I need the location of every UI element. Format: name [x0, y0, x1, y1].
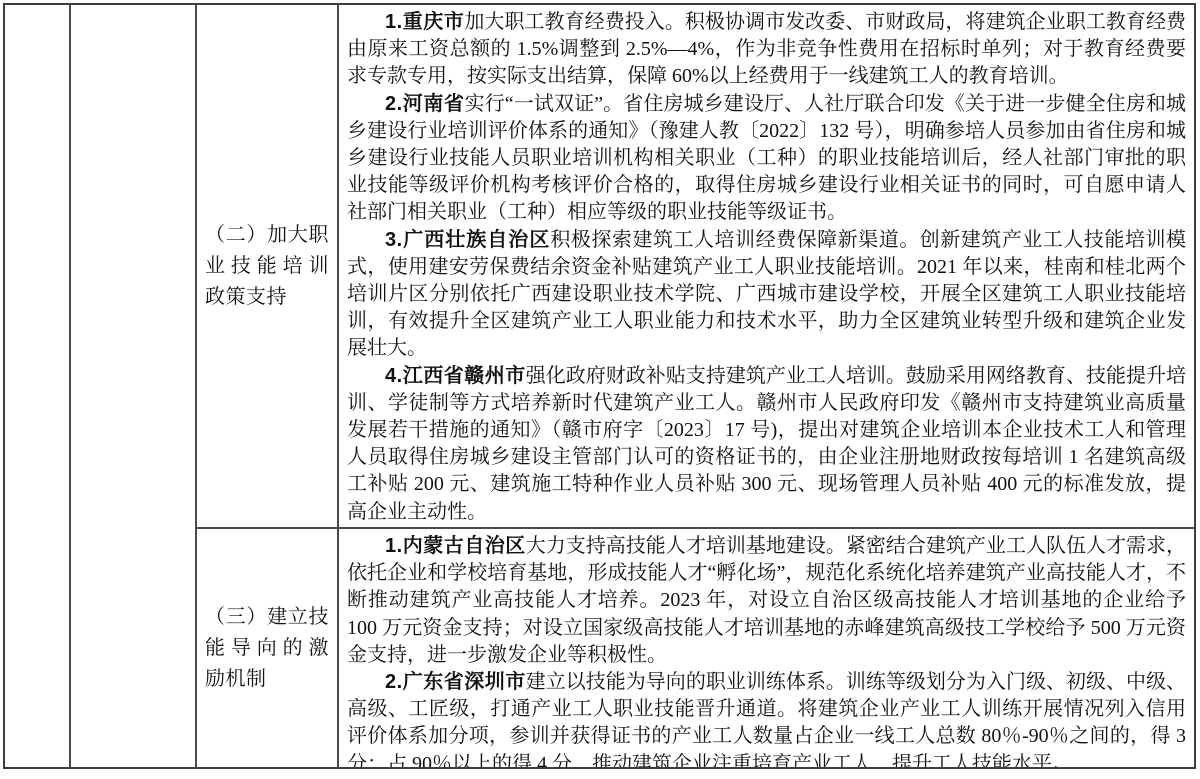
policy-paragraph: 1.重庆市加大职工教育经费投入。积极协调市发改委、市财政局，将建筑企业职工教育经… [347, 9, 1186, 91]
row-label-line: 业技能培训 [205, 251, 329, 282]
policy-table: （二）加大职业技能培训政策支持 1.重庆市加大职工教育经费投入。积极协调市发改委… [3, 3, 1196, 769]
document-page: （二）加大职业技能培训政策支持 1.重庆市加大职工教育经费投入。积极协调市发改委… [0, 0, 1200, 779]
row-label-line: 能导向的激 [205, 633, 329, 664]
region-lead: 4.江西省赣州市 [385, 365, 526, 387]
table-rows: （二）加大职业技能培训政策支持 1.重庆市加大职工教育经费投入。积极协调市发改委… [197, 5, 1194, 767]
policy-paragraph: 3.广西壮族自治区积极探索建筑工人培训经费保障新渠道。创新建筑产业工人技能培训模… [347, 227, 1186, 363]
region-lead: 1.重庆市 [385, 11, 464, 33]
row-label-line: 政策支持 [205, 282, 329, 313]
policy-paragraph: 4.江西省赣州市强化政府财政补贴支持建筑产业工人培训。鼓励采用网络教育、技能提升… [347, 363, 1186, 526]
paragraph-body: 强化政府财政补贴支持建筑产业工人培训。鼓励采用网络教育、技能提升培训、学徒制等方… [347, 365, 1186, 523]
region-lead: 2.广东省深圳市 [385, 671, 526, 693]
region-lead: 2.河南省 [385, 93, 465, 115]
paragraph-body: 实行“一试双证”。省住房城乡建设厅、人社厅联合印发《关于进一步健全住房和城乡建设… [347, 93, 1186, 224]
row-content-cell: 1.重庆市加大职工教育经费投入。积极协调市发改委、市财政局，将建筑企业职工教育经… [339, 5, 1194, 527]
row-label-line: 励机制 [205, 664, 329, 695]
table-row: （二）加大职业技能培训政策支持 1.重庆市加大职工教育经费投入。积极协调市发改委… [197, 5, 1194, 527]
row-label-cell: （二）加大职业技能培训政策支持 [197, 5, 339, 527]
paragraph-body: 加大职工教育经费投入。积极协调市发改委、市财政局，将建筑企业职工教育经费由原来工… [347, 11, 1186, 87]
policy-paragraph: 2.广东省深圳市建立以技能为导向的职业训练体系。训练等级划分为入门级、初级、中级… [347, 669, 1186, 767]
side-column-outer-empty-cell [5, 5, 71, 767]
region-lead: 3.广西壮族自治区 [385, 229, 550, 251]
row-label-line: （二）加大职 [205, 220, 329, 251]
region-lead: 1.内蒙古自治区 [385, 535, 526, 557]
row-label-cell: （三）建立技能导向的激励机制 [197, 529, 339, 767]
table-row: （三）建立技能导向的激励机制 1.内蒙古自治区大力支持高技能人才培训基地建设。紧… [197, 527, 1194, 767]
row-content-cell: 1.内蒙古自治区大力支持高技能人才培训基地建设。紧密结合建筑产业工人队伍人才需求… [339, 529, 1194, 767]
policy-paragraph: 1.内蒙古自治区大力支持高技能人才培训基地建设。紧密结合建筑产业工人队伍人才需求… [347, 533, 1186, 669]
policy-paragraph: 2.河南省实行“一试双证”。省住房城乡建设厅、人社厅联合印发《关于进一步健全住房… [347, 91, 1186, 227]
side-column-inner-empty-cell [71, 5, 197, 767]
row-label-line: （三）建立技 [205, 602, 329, 633]
